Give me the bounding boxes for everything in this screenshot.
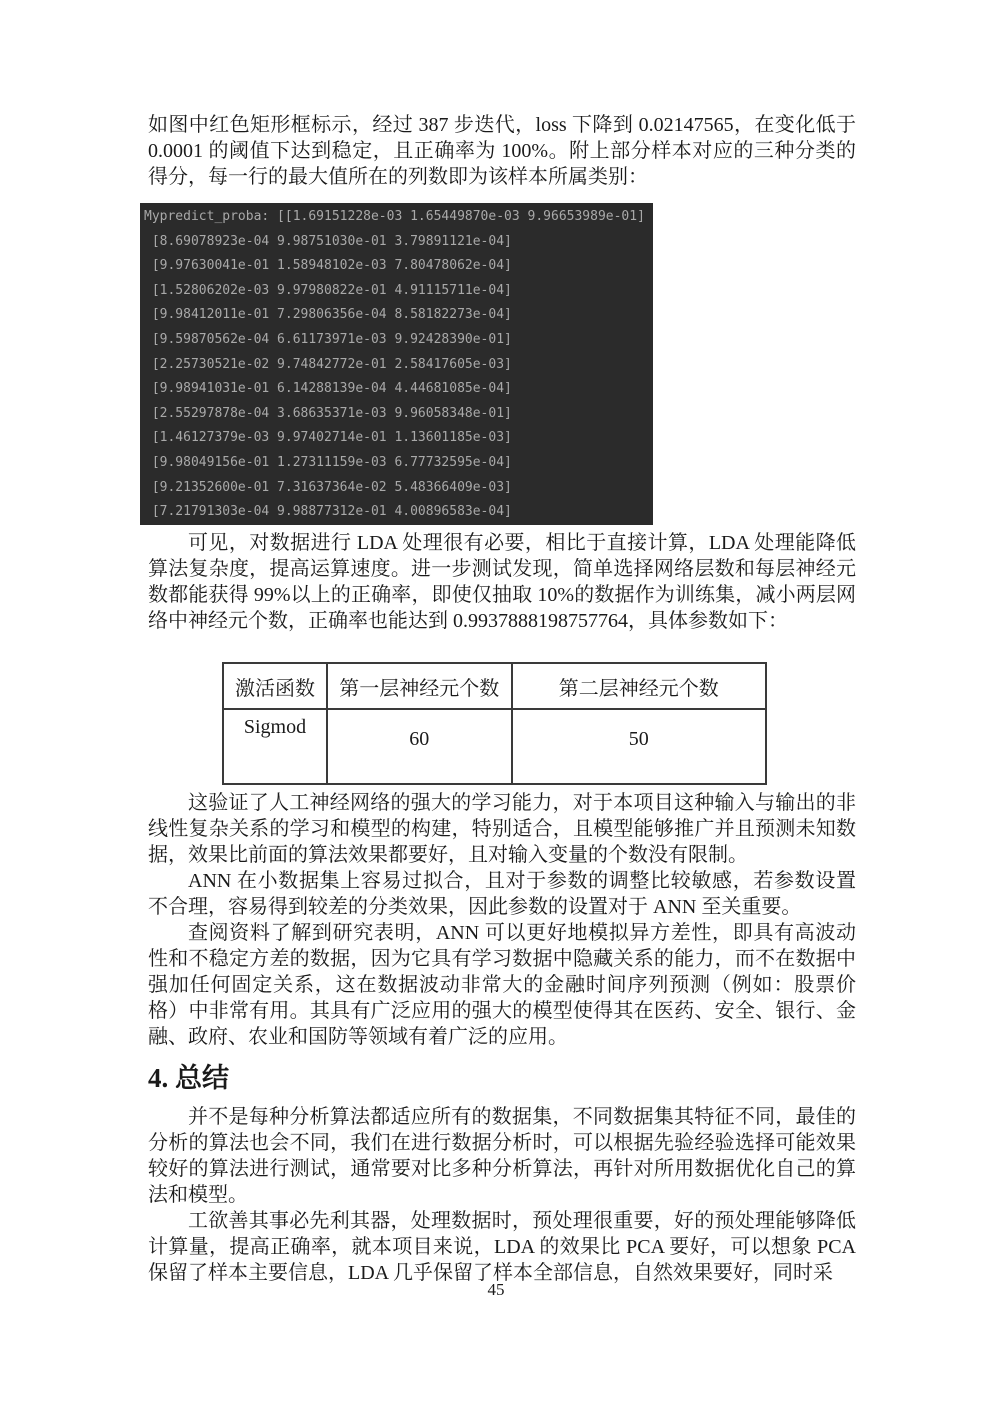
console-output-block: Mypredict_proba: [[1.69151228e-03 1.6544…	[140, 203, 653, 525]
paragraph-preprocessing-importance: 工欲善其事必先利其器，处理数据时，预处理很重要，好的预处理能够降低计算量，提高正…	[148, 1208, 856, 1286]
console-line: [9.97630041e-01 1.58948102e-03 7.8047806…	[144, 254, 653, 279]
ann-parameters-table: 激活函数 第一层神经元个数 第二层神经元个数 Sigmod 60 50	[222, 662, 767, 785]
console-line: [2.55297878e-04 3.68635371e-03 9.9605834…	[144, 402, 653, 427]
console-line: [8.69078923e-04 9.98751030e-01 3.7989112…	[144, 230, 653, 255]
table-row: Sigmod 60 50	[223, 709, 766, 784]
paragraph-ann-overfitting: ANN 在小数据集上容易过拟合，且对于参数的调整比较敏感，若参数设置不合理，容易…	[148, 868, 856, 920]
document-page: 如图中红色矩形框标示，经过 387 步迭代，loss 下降到 0.0214756…	[0, 0, 992, 1403]
paragraph-ann-capability: 这验证了人工神经网络的强大的学习能力，对于本项目这种输入与输出的非线性复杂关系的…	[148, 790, 856, 868]
table-header-activation: 激活函数	[223, 663, 327, 709]
console-line: [2.25730521e-02 9.74842772e-01 2.5841760…	[144, 353, 653, 378]
section-heading-summary: 4. 总结	[148, 1061, 856, 1095]
table-cell-layer1-value: 60	[327, 709, 512, 784]
table-header-layer1-neurons: 第一层神经元个数	[327, 663, 512, 709]
console-line: [9.98049156e-01 1.27311159e-03 6.7773259…	[144, 451, 653, 476]
console-line: [7.21791303e-04 9.98877312e-01 4.0089658…	[144, 500, 653, 525]
table-cell-layer2-value: 50	[512, 709, 766, 784]
paragraph-lda-necessity: 可见，对数据进行 LDA 处理很有必要，相比于直接计算，LDA 处理能降低算法复…	[148, 530, 856, 634]
console-line: Mypredict_proba: [[1.69151228e-03 1.6544…	[144, 205, 653, 230]
paragraph-algorithm-selection: 并不是每种分析算法都适应所有的数据集，不同数据集其特征不同，最佳的分析的算法也会…	[148, 1104, 856, 1208]
console-line: [9.98941031e-01 6.14288139e-04 4.4468108…	[144, 377, 653, 402]
paragraph-iteration-result: 如图中红色矩形框标示，经过 387 步迭代，loss 下降到 0.0214756…	[148, 112, 856, 190]
console-line: [9.21352600e-01 7.31637364e-02 5.4836640…	[144, 476, 653, 501]
console-line: [9.59870562e-04 6.61173971e-03 9.9242839…	[144, 328, 653, 353]
table-cell-activation-value: Sigmod	[223, 709, 327, 784]
table-header-row: 激活函数 第一层神经元个数 第二层神经元个数	[223, 663, 766, 709]
console-line: [1.52806202e-03 9.97980822e-01 4.9111571…	[144, 279, 653, 304]
table-header-layer2-neurons: 第二层神经元个数	[512, 663, 766, 709]
paragraph-ann-heteroscedasticity: 查阅资料了解到研究表明，ANN 可以更好地模拟异方差性，即具有高波动性和不稳定方…	[148, 920, 856, 1050]
document-content: 如图中红色矩形框标示，经过 387 步迭代，loss 下降到 0.0214756…	[148, 112, 856, 1286]
page-number: 45	[0, 1280, 992, 1300]
console-line: [9.98412011e-01 7.29806356e-04 8.5818227…	[144, 303, 653, 328]
console-line: [1.46127379e-03 9.97402714e-01 1.1360118…	[144, 426, 653, 451]
